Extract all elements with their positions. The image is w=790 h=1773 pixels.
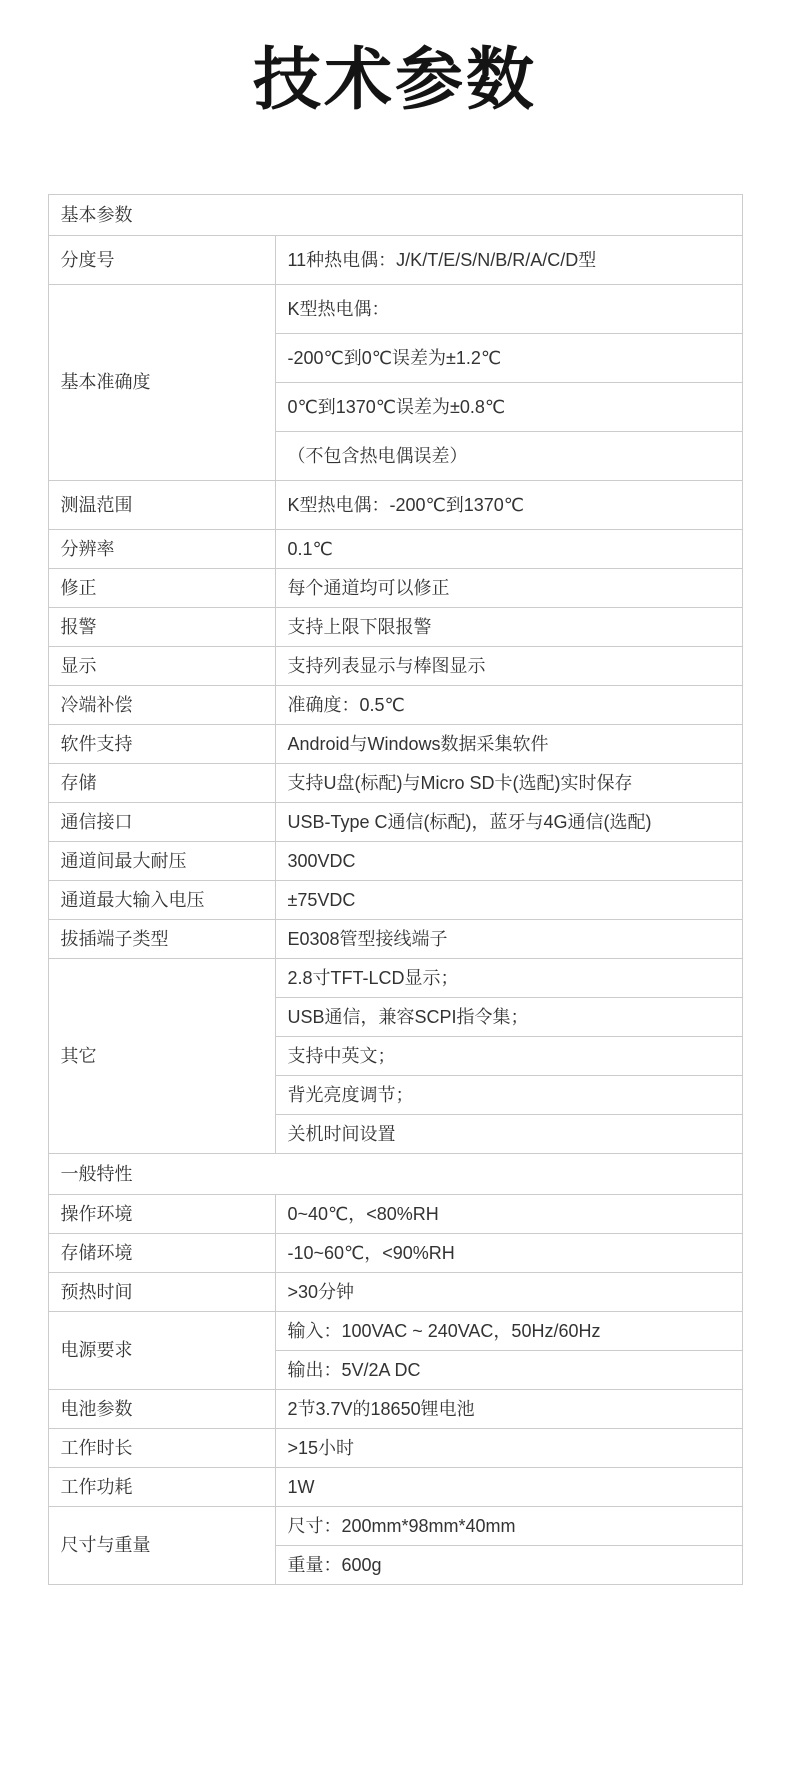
spec-value: ±75VDC	[275, 881, 742, 920]
section-row: 一般特性	[48, 1154, 742, 1195]
spec-row: 报警支持上限下限报警	[48, 608, 742, 647]
spec-label: 电源要求	[48, 1312, 275, 1390]
spec-row: 存储环境-10~60℃，<90%RH	[48, 1234, 742, 1273]
spec-row: 工作功耗1W	[48, 1468, 742, 1507]
spec-label: 存储	[48, 764, 275, 803]
spec-value: -10~60℃，<90%RH	[275, 1234, 742, 1273]
spec-row: 显示支持列表显示与棒图显示	[48, 647, 742, 686]
spec-row: 电源要求输入：100VAC ~ 240VAC，50Hz/60Hz	[48, 1312, 742, 1351]
spec-label: 工作时长	[48, 1429, 275, 1468]
spec-value: 支持上限下限报警	[275, 608, 742, 647]
spec-label: 分度号	[48, 236, 275, 285]
spec-value: USB通信，兼容SCPI指令集；	[275, 998, 742, 1037]
spec-value: 支持列表显示与棒图显示	[275, 647, 742, 686]
spec-row: 基本准确度K型热电偶：	[48, 285, 742, 334]
spec-value: 输入：100VAC ~ 240VAC，50Hz/60Hz	[275, 1312, 742, 1351]
spec-value: 2.8寸TFT-LCD显示；	[275, 959, 742, 998]
spec-value: USB-Type C通信(标配)，蓝牙与4G通信(选配)	[275, 803, 742, 842]
spec-row: 电池参数2节3.7V的18650锂电池	[48, 1390, 742, 1429]
spec-label: 通信接口	[48, 803, 275, 842]
spec-value: 每个通道均可以修正	[275, 569, 742, 608]
spec-value: 尺寸：200mm*98mm*40mm	[275, 1507, 742, 1546]
spec-value: 准确度：0.5℃	[275, 686, 742, 725]
spec-value: 2节3.7V的18650锂电池	[275, 1390, 742, 1429]
spec-value: Android与Windows数据采集软件	[275, 725, 742, 764]
spec-value: 支持U盘(标配)与Micro SD卡(选配)实时保存	[275, 764, 742, 803]
spec-value: K型热电偶：	[275, 285, 742, 334]
spec-row: 软件支持Android与Windows数据采集软件	[48, 725, 742, 764]
spec-label: 操作环境	[48, 1195, 275, 1234]
spec-row: 操作环境0~40℃，<80%RH	[48, 1195, 742, 1234]
spec-value: -200℃到0℃误差为±1.2℃	[275, 334, 742, 383]
spec-row: 分度号11种热电偶：J/K/T/E/S/N/B/R/A/C/D型	[48, 236, 742, 285]
spec-row: 预热时间>30分钟	[48, 1273, 742, 1312]
spec-value: 关机时间设置	[275, 1115, 742, 1154]
spec-value: >30分钟	[275, 1273, 742, 1312]
spec-value: 0.1℃	[275, 530, 742, 569]
spec-value: >15小时	[275, 1429, 742, 1468]
spec-value: （不包含热电偶误差）	[275, 432, 742, 481]
spec-label: 测温范围	[48, 481, 275, 530]
spec-row: 其它2.8寸TFT-LCD显示；	[48, 959, 742, 998]
spec-value: 0~40℃，<80%RH	[275, 1195, 742, 1234]
spec-row: 测温范围K型热电偶：-200℃到1370℃	[48, 481, 742, 530]
spec-value: 1W	[275, 1468, 742, 1507]
section-label: 基本参数	[48, 195, 742, 236]
spec-row: 工作时长>15小时	[48, 1429, 742, 1468]
spec-label: 分辨率	[48, 530, 275, 569]
section-row: 基本参数	[48, 195, 742, 236]
spec-row: 拔插端子类型E0308管型接线端子	[48, 920, 742, 959]
spec-row: 分辨率0.1℃	[48, 530, 742, 569]
spec-label: 电池参数	[48, 1390, 275, 1429]
section-label: 一般特性	[48, 1154, 742, 1195]
spec-value: K型热电偶：-200℃到1370℃	[275, 481, 742, 530]
spec-row: 尺寸与重量尺寸：200mm*98mm*40mm	[48, 1507, 742, 1546]
spec-value: E0308管型接线端子	[275, 920, 742, 959]
spec-label: 软件支持	[48, 725, 275, 764]
spec-row: 存储支持U盘(标配)与Micro SD卡(选配)实时保存	[48, 764, 742, 803]
spec-label: 工作功耗	[48, 1468, 275, 1507]
spec-row: 冷端补偿准确度：0.5℃	[48, 686, 742, 725]
spec-row: 通道最大输入电压±75VDC	[48, 881, 742, 920]
spec-label: 修正	[48, 569, 275, 608]
spec-label: 预热时间	[48, 1273, 275, 1312]
spec-row: 修正每个通道均可以修正	[48, 569, 742, 608]
spec-label: 存储环境	[48, 1234, 275, 1273]
spec-value: 300VDC	[275, 842, 742, 881]
spec-row: 通道间最大耐压300VDC	[48, 842, 742, 881]
spec-row: 通信接口USB-Type C通信(标配)，蓝牙与4G通信(选配)	[48, 803, 742, 842]
spec-table-body: 基本参数分度号11种热电偶：J/K/T/E/S/N/B/R/A/C/D型基本准确…	[48, 195, 742, 1585]
spec-value: 0℃到1370℃误差为±0.8℃	[275, 383, 742, 432]
spec-table: 基本参数分度号11种热电偶：J/K/T/E/S/N/B/R/A/C/D型基本准确…	[48, 194, 743, 1585]
spec-value: 背光亮度调节；	[275, 1076, 742, 1115]
spec-label: 拔插端子类型	[48, 920, 275, 959]
spec-label: 其它	[48, 959, 275, 1154]
spec-value: 支持中英文；	[275, 1037, 742, 1076]
spec-label: 通道间最大耐压	[48, 842, 275, 881]
page-title: 技术参数	[0, 42, 790, 118]
spec-label: 报警	[48, 608, 275, 647]
spec-value: 输出：5V/2A DC	[275, 1351, 742, 1390]
spec-label: 基本准确度	[48, 285, 275, 481]
spec-label: 冷端补偿	[48, 686, 275, 725]
spec-label: 通道最大输入电压	[48, 881, 275, 920]
spec-label: 显示	[48, 647, 275, 686]
spec-label: 尺寸与重量	[48, 1507, 275, 1585]
spec-value: 重量：600g	[275, 1546, 742, 1585]
spec-value: 11种热电偶：J/K/T/E/S/N/B/R/A/C/D型	[275, 236, 742, 285]
